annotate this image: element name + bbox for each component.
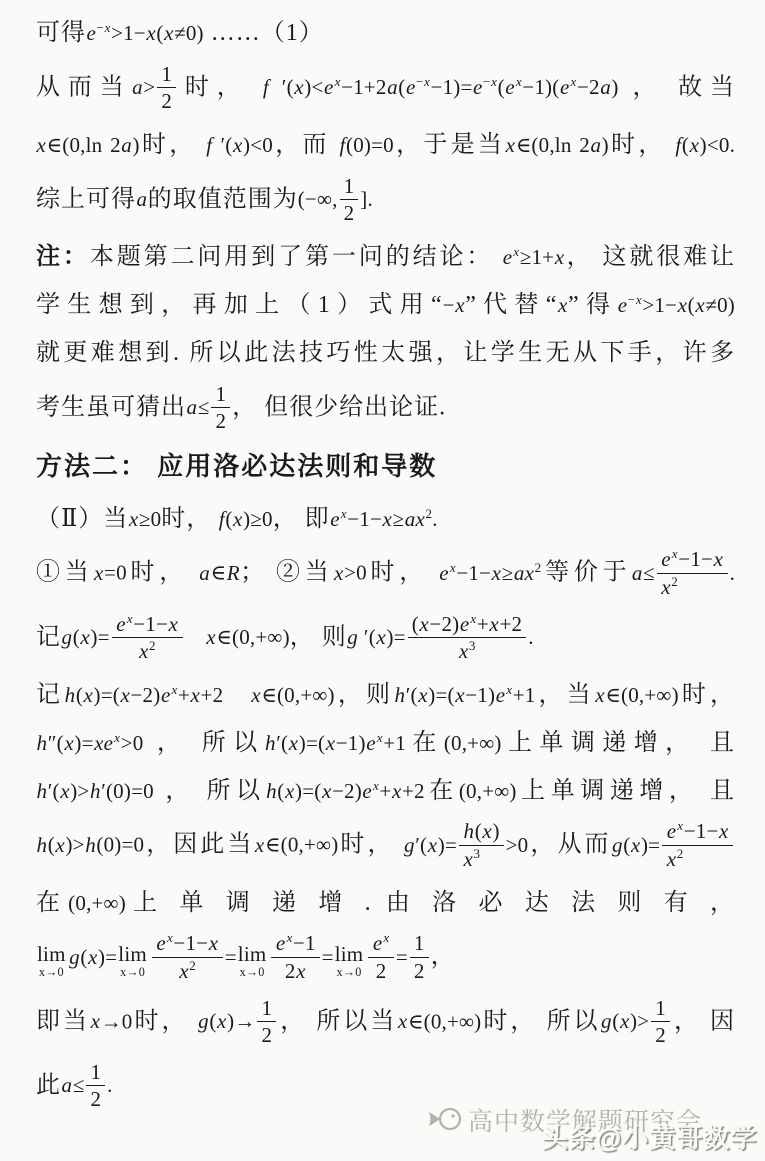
math-expression: a≤12. <box>61 1073 113 1097</box>
math-expression: x∈(0,+∞) <box>254 833 338 857</box>
math-expression: x∈(0,+∞) <box>595 683 679 707</box>
math-expression: ex−1−x≥ax2 <box>439 561 542 585</box>
math-expression: x>0 <box>334 561 367 585</box>
note-line-2: 学生想到，再加上（1）式用“−x”代替“x”得e−x>1−x(x≠0) <box>36 288 735 323</box>
line-10: h′(x)>h′(0)=0 ， 所以h(x)=(x−2)ex+x+2在(0,+∞… <box>36 774 735 809</box>
text-run: 学生想到，再加上（1）式用“ <box>36 292 443 318</box>
math-expression: (0,+∞) <box>68 891 126 915</box>
text-run: 时， <box>679 682 735 708</box>
math-expression: (0,+∞) <box>459 779 517 803</box>
text-run: ， 即 <box>273 506 330 532</box>
math-expression: (0,+∞) <box>444 731 502 755</box>
math-expression: a>12 <box>132 75 178 99</box>
math-expression: f ′(x)<0 <box>206 133 273 157</box>
math-expression: f ′(x)<ex−1+2a(e−x−1)=e−x(ex−1)(ex−2a) <box>262 75 618 99</box>
math-expression: g′(x)=h(x)x3>0 <box>404 833 529 857</box>
line-02: 从而当a>12时， f ′(x)<ex−1+2a(e−x−1)=e−x(ex−1… <box>36 64 735 115</box>
text-run: ，因此当 <box>144 832 254 858</box>
text-run: ， 但很少给出论证. <box>232 394 446 420</box>
text-run: 时， <box>140 132 206 158</box>
text-run: ，则 <box>335 682 394 708</box>
note-line-4: 考生虽可猜出a≤12， 但很少给出论证. <box>36 384 735 435</box>
text-run: 综上可得 <box>36 186 136 212</box>
math-expression: h″(x)=xex>0 <box>36 731 143 755</box>
text-run: 记 <box>36 682 64 708</box>
text-run: ，当 <box>535 682 594 708</box>
math-expression: ex−1−x≥ax2. <box>330 507 438 531</box>
text-run: 注： <box>36 244 90 270</box>
text-run: 时， 所以 <box>481 1008 600 1034</box>
math-expression: ex≥1+x <box>502 245 565 269</box>
text-run: ”代替“ <box>465 292 557 318</box>
math-expression: h(x)>h(0)=0 <box>36 833 144 857</box>
text-run: 等价于 <box>541 560 631 586</box>
math-expression: g(x)=ex−1−xx2 <box>612 833 736 857</box>
text-run: 从而当 <box>36 74 132 100</box>
math-expression: x∈(0,+∞) <box>397 1009 481 1033</box>
math-expression: g(x)=ex−1−xx2 x∈(0,+∞) <box>61 625 290 649</box>
text-run: 时， <box>161 506 218 532</box>
math-expression: x→0 <box>90 1009 132 1033</box>
text-run: ， 所以当 <box>278 1008 397 1034</box>
line-05: （Ⅱ）当x≥0时， f(x)≥0， 即ex−1−x≥ax2. <box>36 502 735 537</box>
math-expression: a≤ex−1−xx2. <box>631 561 735 585</box>
text-run: 在 <box>425 778 459 804</box>
math-expression: −x <box>443 293 466 317</box>
text-run: 时， <box>609 132 675 158</box>
text-run: 在 <box>36 890 68 916</box>
math-expression: h′(x)>h′(0)=0 <box>36 779 154 803</box>
text-run: 方法二： 应用洛必达法则和导数 <box>36 451 437 481</box>
math-expression: x <box>557 293 568 317</box>
text-run: 时， <box>338 832 403 858</box>
watermark: 高中数学解题研究会 头条@小黄哥数学 <box>426 1096 765 1156</box>
text-run: ， 则 <box>290 624 347 650</box>
math-expression: f(x)≥0 <box>218 507 272 531</box>
text-run: ”得 <box>568 292 617 318</box>
note-line-3: 就更难想到. 所以此法技巧性太强，让学生无从下手，许多 <box>36 336 735 371</box>
text-run: ，从而 <box>528 832 611 858</box>
document-body: 可得e−x>1−x(x≠0) ……（1）从而当a>12时， f ′(x)<ex−… <box>0 0 765 1113</box>
note-line-1: 注：本题第二问用到了第一问的结论： ex≥1+x， 这就很难让 <box>36 240 735 275</box>
line-06: ①当x=0时， a∈R； ②当x>0时， ex−1−x≥ax2等价于a≤ex−1… <box>36 549 735 600</box>
text-run: 此 <box>36 1072 61 1098</box>
line-09: h″(x)=xex>0 ， 所以h′(x)=(x−1)ex+1在(0,+∞)上单… <box>36 726 735 761</box>
text-run: ； ②当 <box>240 560 333 586</box>
math-expression: h(x)=(x−2)ex+x+2 x∈(0,+∞) <box>64 683 335 707</box>
text-run: 记 <box>36 624 61 650</box>
text-run: 在 <box>406 730 444 756</box>
math-expression: f(x)<0. <box>675 133 735 157</box>
math-expression: limx→0g(x)=limx→0ex−1−xx2=limx→0ex−12x=l… <box>36 945 431 969</box>
text-run: 时， <box>178 74 262 100</box>
math-expression: x∈(0,ln 2a) <box>36 133 140 157</box>
text-run: ， 这就很难让 <box>565 244 735 270</box>
fish-doodle-icon <box>426 1104 464 1139</box>
text-run: 上单调递增， 且 <box>517 778 735 804</box>
math-expression: a≤12 <box>186 395 232 419</box>
text-run: （Ⅱ）当 <box>36 506 128 532</box>
math-expression: g(x)→12 <box>198 1009 279 1033</box>
math-expression: (−∞,12]. <box>298 187 373 211</box>
text-run: ，于是当 <box>394 132 505 158</box>
text-run: ， 所以 <box>143 730 264 756</box>
text-run: 即当 <box>36 1008 90 1034</box>
line-14: 即当x→0时， g(x)→12， 所以当x∈(0,+∞)时， 所以g(x)>12… <box>36 998 735 1049</box>
text-run: ， 所以 <box>154 778 266 804</box>
math-expression: a <box>136 187 148 211</box>
math-expression: h′(x)=(x−1)ex+1 <box>265 731 406 755</box>
text-run: ……（1） <box>204 20 324 46</box>
line-03: x∈(0,ln 2a)时， f ′(x)<0，而 f(0)=0，于是当x∈(0,… <box>36 128 735 163</box>
text-run: 时， <box>367 560 439 586</box>
math-expression: e−x>1−x(x≠0) <box>86 21 204 45</box>
text-run: 时， <box>127 560 199 586</box>
text-run: ， 故当 <box>619 74 735 100</box>
text-run: 考生虽可猜出 <box>36 394 186 420</box>
math-expression: f(0)=0 <box>339 133 394 157</box>
math-expression: h′(x)=(x−1)ex+1 <box>394 683 535 707</box>
math-expression: x≥0 <box>128 507 161 531</box>
math-expression: x∈(0,ln 2a) <box>505 133 609 157</box>
math-expression: g(x)>12 <box>601 1009 672 1033</box>
method-2-heading: 方法二： 应用洛必达法则和导数 <box>36 448 735 486</box>
text-run: 上单调递增， 且 <box>502 730 735 756</box>
math-expression: g ′(x)=(x−2)ex+x+2x3. <box>347 625 534 649</box>
line-13: limx→0g(x)=limx→0ex−1−xx2=limx→0ex−12x=l… <box>36 933 735 984</box>
text-run: 时， <box>133 1008 198 1034</box>
line-04: 综上可得a的取值范围为(−∞,12]. <box>36 176 735 227</box>
text-run: 就更难想到. 所以此法技巧性太强，让学生无从下手，许多 <box>36 340 735 366</box>
line-07: 记g(x)=ex−1−xx2 x∈(0,+∞)， 则g ′(x)=(x−2)ex… <box>36 614 735 665</box>
text-run: 可得 <box>36 20 86 46</box>
text-run: ①当 <box>36 560 94 586</box>
text-run: ， <box>431 944 456 970</box>
text-run: ， 因 <box>672 1008 735 1034</box>
line-12: 在(0,+∞)上 单 调 递 增 . 由 洛 必 达 法 则 有 ， <box>36 886 735 921</box>
math-expression: h(x)=(x−2)ex+x+2 <box>266 779 425 803</box>
math-expression: e−x>1−x(x≠0) <box>617 293 735 317</box>
line-11: h(x)>h(0)=0，因此当x∈(0,+∞)时， g′(x)=h(x)x3>0… <box>36 821 735 872</box>
line-08: 记h(x)=(x−2)ex+x+2 x∈(0,+∞)，则h′(x)=(x−1)e… <box>36 678 735 713</box>
text-run: 本题第二问用到了第一问的结论： <box>90 244 502 270</box>
text-run: ，而 <box>273 132 339 158</box>
watermark-byline-text: 头条@小黄哥数学 <box>542 1118 757 1155</box>
math-expression: a∈R <box>199 561 240 585</box>
math-expression: x=0 <box>94 561 127 585</box>
line-01: 可得e−x>1−x(x≠0) ……（1） <box>36 16 735 51</box>
text-run: 上 单 调 递 增 . 由 洛 必 达 法 则 有 ， <box>126 890 735 916</box>
text-run: 的取值范围为 <box>148 186 298 212</box>
